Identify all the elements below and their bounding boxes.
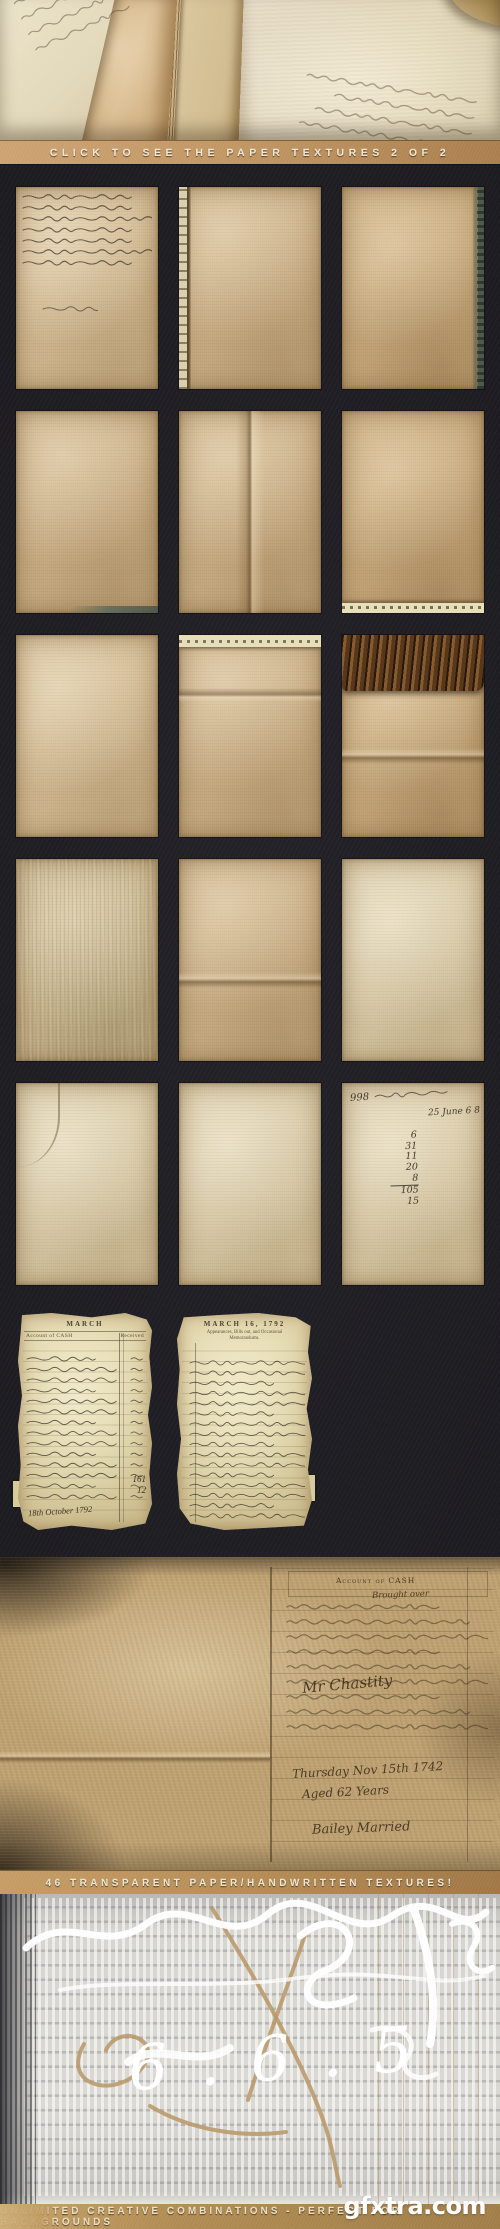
ledger-totals: 161 12 <box>133 1474 147 1497</box>
note-remainder: 15 <box>391 1196 419 1208</box>
texture-swatch-13 <box>16 1083 158 1285</box>
ledger-pages-section: MARCH Account of CASH Received 161 12 18… <box>0 1313 500 1530</box>
handwriting-brought-over: Brought over <box>372 1589 429 1601</box>
texture-swatch-grid: 998 25 June 6 8 6 31 11 20 8 105 15 <box>0 163 500 1285</box>
texture-swatch-14 <box>179 1083 321 1285</box>
photo-vignette <box>0 0 500 140</box>
handwriting-entries <box>24 1353 120 1507</box>
torn-paper-edge <box>0 2204 58 2229</box>
ink-sums-note: 998 25 June 6 8 6 31 11 20 8 105 15 <box>342 1083 484 1285</box>
texture-swatch-3 <box>342 187 484 389</box>
texture-swatch-2 <box>179 187 321 389</box>
texture-swatch-5 <box>179 411 321 613</box>
ledger-page-left: MARCH Account of CASH Received 161 12 18… <box>18 1313 152 1530</box>
edge-right-dark <box>472 187 484 389</box>
crease-h-mid <box>342 748 484 764</box>
gray-transparent-texture: 6 . 6 . 5 <box>0 1894 500 2204</box>
hero-photo-antique-books <box>0 0 500 140</box>
crease-h-low <box>179 688 321 702</box>
corner-strip-br <box>70 606 158 613</box>
texture-swatch-12 <box>342 859 484 1061</box>
texture-swatch-10 <box>16 859 158 1061</box>
texture-swatch-9 <box>342 635 484 837</box>
brown-handwritten-texture: Account of CASH Brought over Mr Chastity… <box>0 1557 500 1870</box>
texture-swatch-8 <box>179 635 321 837</box>
ledger-month-header: MARCH <box>18 1320 152 1328</box>
bark-top <box>342 635 484 691</box>
ledger-cash-column-label: Account of CASH <box>26 1333 73 1339</box>
see-more-banner[interactable]: CLICK TO SEE THE PAPER TEXTURES 2 OF 2 <box>0 140 500 165</box>
print-strip-bottom <box>342 603 484 613</box>
ledger-month-header: MARCH 16, 1792 <box>177 1320 312 1328</box>
handwriting-entries <box>187 1357 305 1523</box>
handwriting-ink-block <box>20 191 152 277</box>
note-number-column: 6 31 11 20 8 105 15 <box>389 1131 420 1208</box>
note-addends: 6 31 11 20 8 <box>389 1131 419 1185</box>
site-watermark: gfxtra.com <box>344 2192 486 2220</box>
horizontal-crease <box>0 1751 270 1763</box>
crease-v <box>236 411 264 613</box>
texture-count-banner-label: 46 TRANSPARENT PAPER/HANDWRITTEN TEXTURE… <box>46 1878 455 1889</box>
handwriting-flourish <box>372 1086 451 1103</box>
ledger-subtitle-line2: Memorandums. <box>185 1336 304 1342</box>
texture-swatch-7 <box>16 635 158 837</box>
texture-swatch-6 <box>342 411 484 613</box>
cash-account-header: Account of CASH <box>336 1576 415 1585</box>
print-strip-top <box>179 635 321 647</box>
texture-swatch-15: 998 25 June 6 8 6 31 11 20 8 105 15 <box>342 1083 484 1285</box>
texture-swatch-11 <box>179 859 321 1061</box>
corner-curl-tl <box>18 1083 60 1167</box>
texture-swatch-1 <box>16 187 158 389</box>
spine-left <box>179 187 193 389</box>
see-more-banner-label: CLICK TO SEE THE PAPER TEXTURES 2 OF 2 <box>50 147 450 159</box>
texture-swatch-4 <box>16 411 158 613</box>
crease-h-mid <box>179 972 321 988</box>
ledger-total-1: 161 <box>133 1474 147 1485</box>
note-number: 998 <box>350 1092 370 1104</box>
fiber-v <box>16 859 158 1061</box>
note-date: 25 June 6 8 <box>428 1106 480 1119</box>
product-preview-poster[interactable]: CLICK TO SEE THE PAPER TEXTURES 2 OF 2 9… <box>0 0 500 2229</box>
ledger-page-right: MARCH 16, 1792 Appearances, Bills out, a… <box>177 1313 312 1530</box>
ledger-total-2: 12 <box>133 1485 147 1496</box>
texture-count-banner: 46 TRANSPARENT PAPER/HANDWRITTEN TEXTURE… <box>0 1870 500 1896</box>
handwriting-date-line <box>40 303 98 315</box>
